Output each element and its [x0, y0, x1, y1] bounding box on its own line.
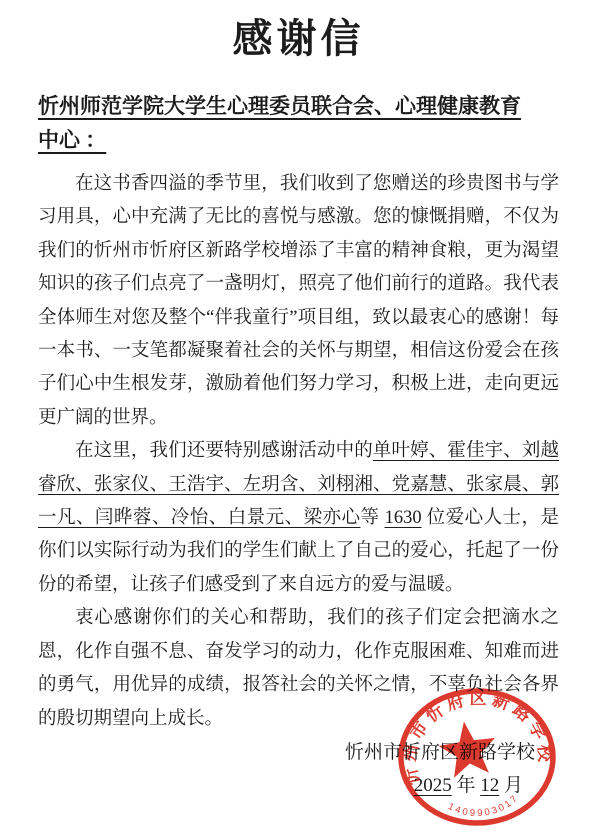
official-seal-stamp: 忻州市忻府区新路学校 1409903017: [377, 672, 577, 835]
addressee-line-2: 中心 ：: [38, 123, 559, 157]
addressee-block: 忻州师范学院大学生心理委员联合会、心理健康教育 中心 ：: [38, 89, 559, 157]
star-icon: [436, 718, 500, 780]
letter-body: 在这书香四溢的季节里，我们收到了您赠送的珍贵图书与学习用具，心中充满了无比的喜悦…: [38, 168, 559, 736]
seal-org-text: 忻州市忻府区新路学校: [389, 677, 557, 788]
paragraph-2: 在这里，我们还要特别感谢活动中的单叶婷、霍佳宇、刘越睿欣、张家仪、王浩宇、左玥含…: [38, 435, 559, 602]
letter-title: 感谢信: [38, 10, 559, 64]
donor-count: 1630: [385, 508, 422, 528]
paragraph-2-prefix: 在这里，我们还要特别感谢活动中的: [75, 441, 373, 461]
paragraph-1: 在这书香四溢的季节里，我们收到了您赠送的珍贵图书与学习用具，心中充满了无比的喜悦…: [38, 168, 559, 435]
addressee-line-1: 忻州师范学院大学生心理委员联合会、心理健康教育: [38, 89, 559, 123]
paragraph-2-mid: 等: [360, 508, 384, 528]
letter-page: 感谢信 忻州师范学院大学生心理委员联合会、心理健康教育 中心 ： 在这书香四溢的…: [0, 0, 597, 835]
